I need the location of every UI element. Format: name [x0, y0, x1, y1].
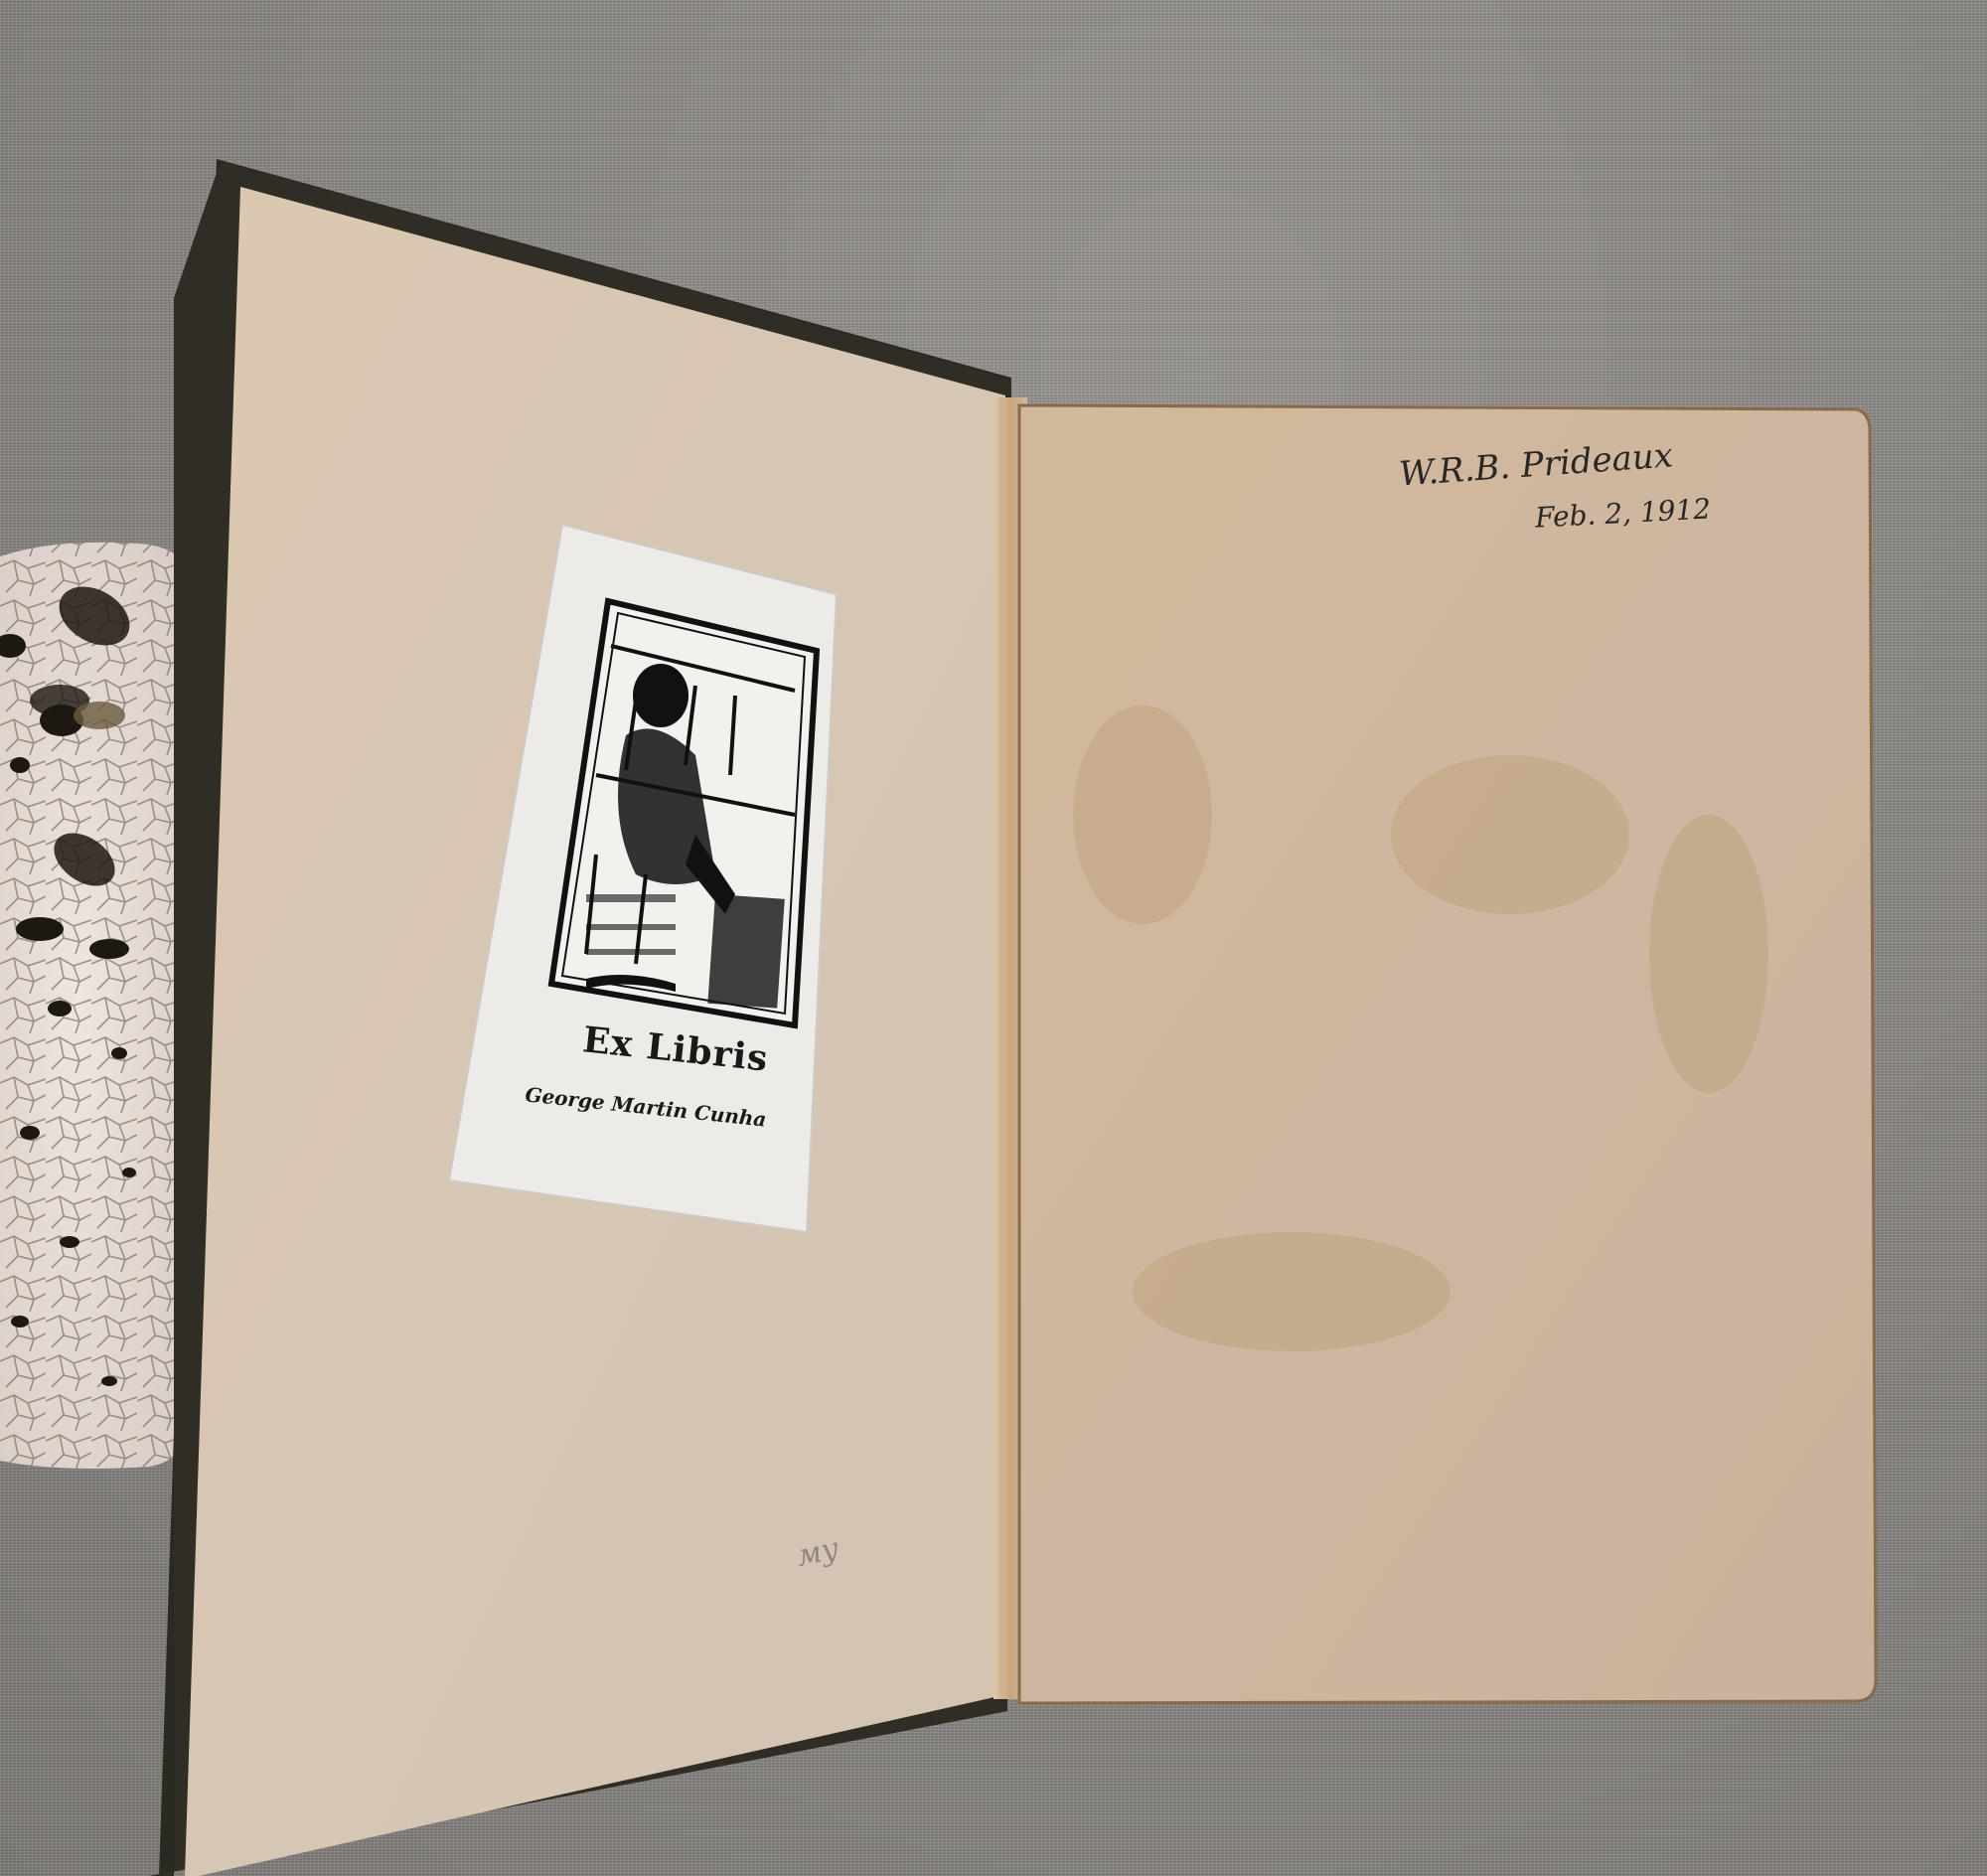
- book-scene: [0, 0, 1987, 1876]
- ceramic-object: [0, 543, 195, 1469]
